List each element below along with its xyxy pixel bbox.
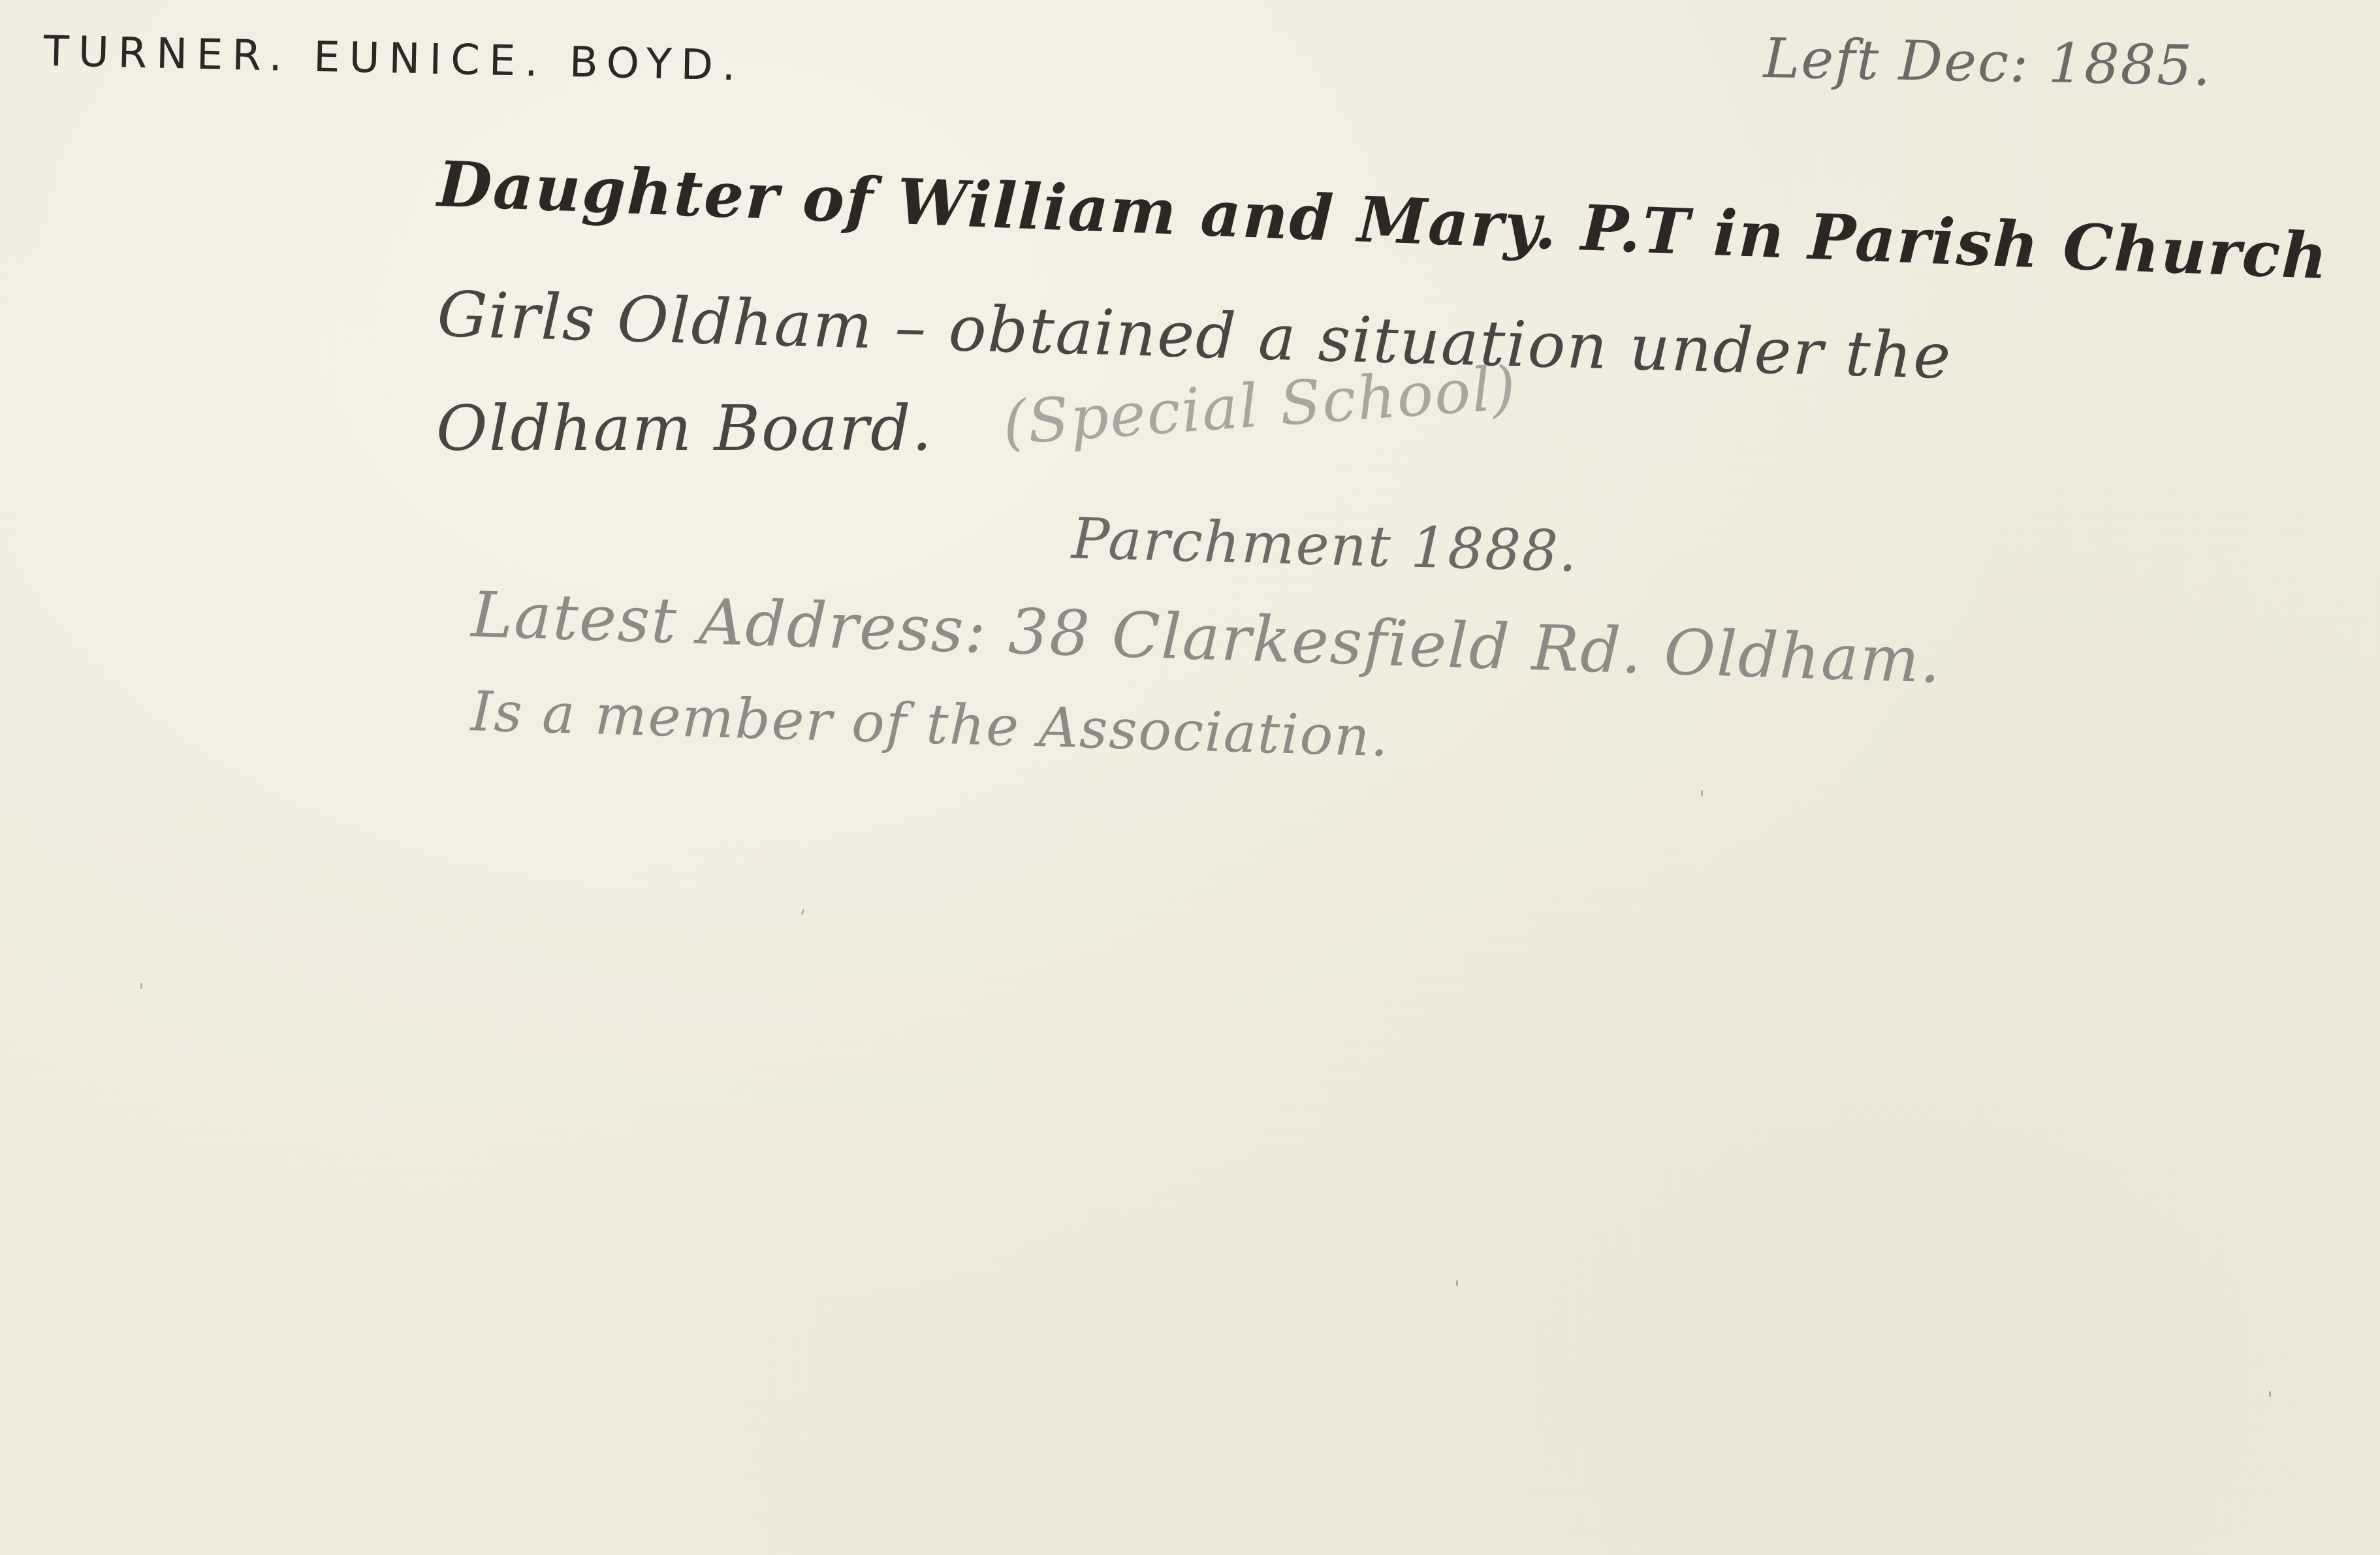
paper-speck [1456, 1280, 1458, 1286]
parchment-year: Parchment 1888. [1071, 506, 1579, 585]
record-card: TURNER. EUNICE. BOYD. Left Dec: 1885. Da… [0, 0, 2380, 1555]
membership-note: Is a member of the Association. [470, 679, 1390, 769]
paper-speck [2269, 1391, 2271, 1397]
biography-line-3: Oldham Board. [436, 392, 933, 465]
latest-address: Latest Address: 38 Clarkesfield Rd. Oldh… [470, 578, 1943, 697]
student-name: TURNER. EUNICE. BOYD. [43, 27, 745, 90]
biography-line-1: Daughter of William and Mary. P.T in Par… [436, 147, 2330, 293]
left-date-note: Left Dec: 1885. [1763, 26, 2212, 98]
paper-speck [801, 909, 805, 915]
paper-speck [140, 983, 142, 989]
paper-speck [1701, 790, 1703, 796]
